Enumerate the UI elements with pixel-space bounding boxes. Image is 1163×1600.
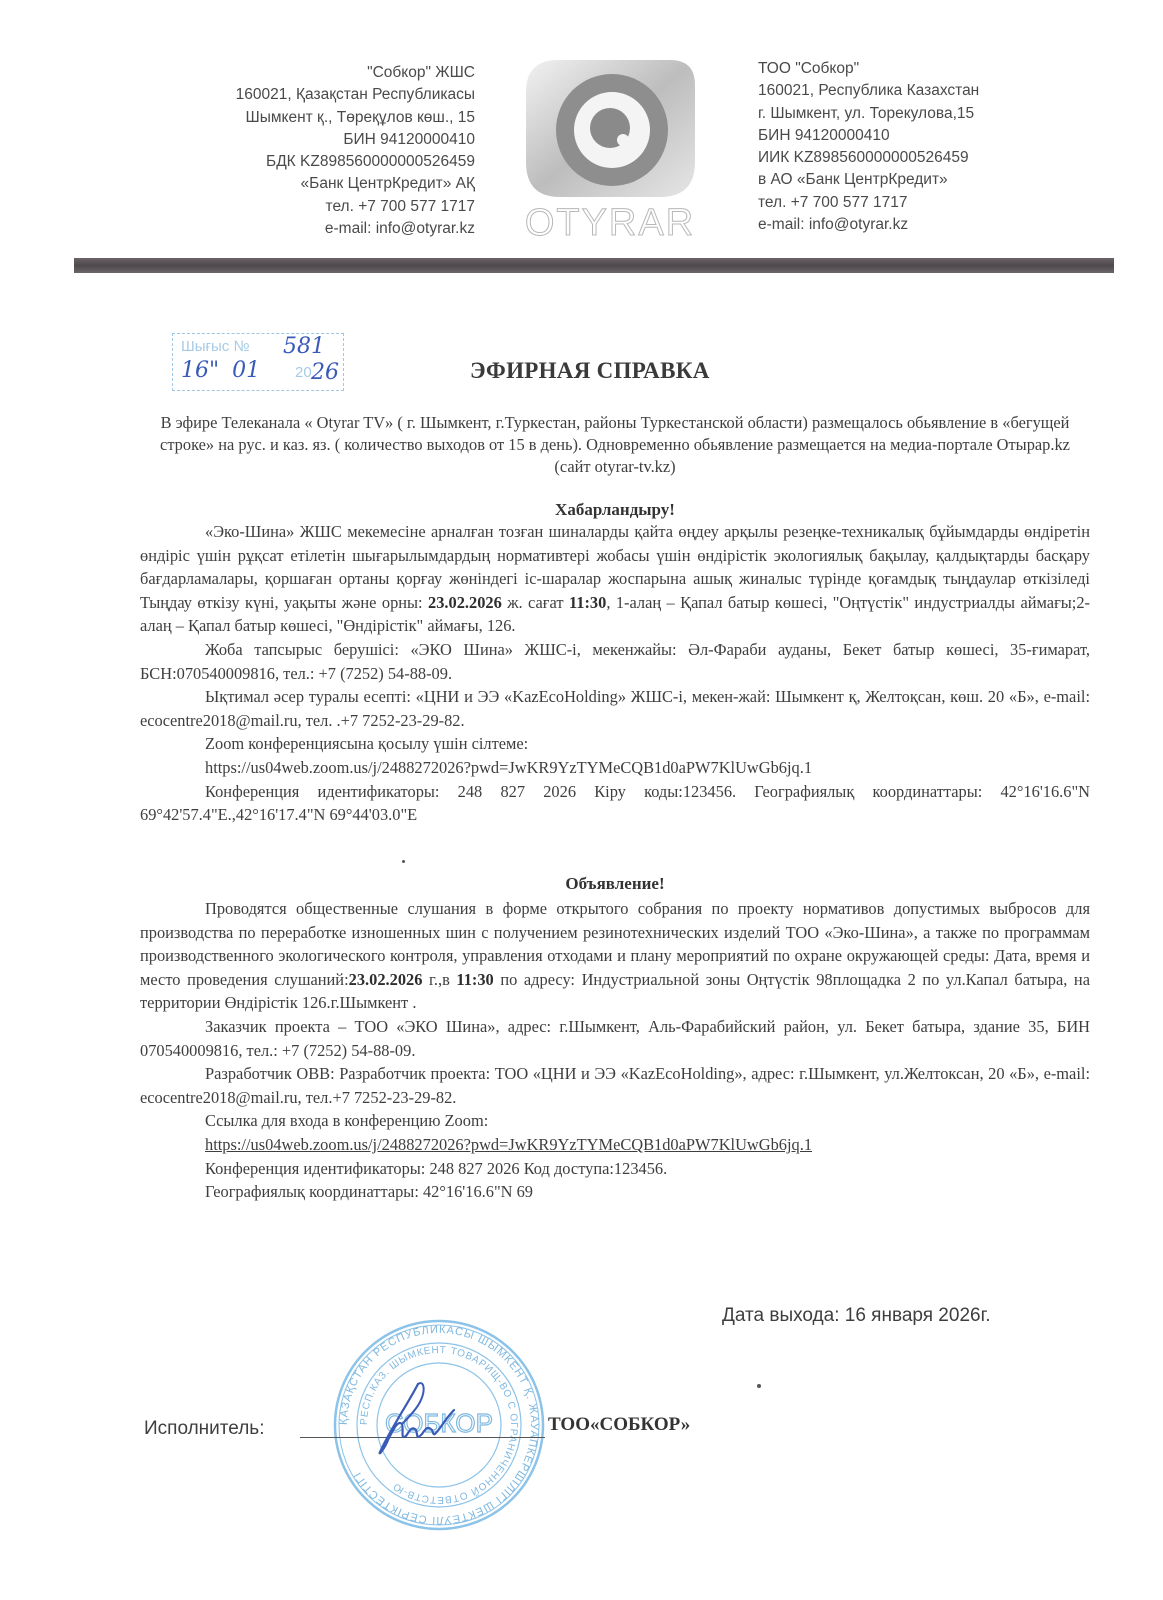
stamp-number: 581 — [283, 334, 325, 359]
ru-paragraph-developer: Разработчик ОВВ: Разработчик проекта: ТО… — [140, 1062, 1090, 1109]
stamp-date: 16" 01 — [181, 358, 260, 383]
letterhead-kz: "Собкор" ЖШС 160021, Қазақстан Республик… — [140, 62, 475, 240]
executor-label: Исполнитель: — [144, 1418, 264, 1440]
hearing-time: 11:30 — [569, 593, 606, 612]
ru-paragraph-conference: Конференция идентификаторы: 248 827 2026… — [140, 1157, 1090, 1181]
letterhead-kz-line: 160021, Қазақстан Республикасы — [140, 84, 475, 106]
letterhead-kz-line: Шымкент қ., Төреқұлов көш., 15 — [140, 107, 475, 129]
letterhead-kz-line: БДК KZ898560000000526459 — [140, 151, 475, 173]
kz-heading: Хабарландыру! — [140, 500, 1090, 520]
stamp-label: Шығыс № — [181, 338, 250, 355]
letterhead-kz-line: «Банк ЦентрКредит» АҚ — [140, 173, 475, 195]
kz-zoom-link[interactable]: https://us04web.zoom.us/j/2488272026?pwd… — [140, 756, 1090, 780]
kz-paragraph-hearing: «Эко-Шина» ЖШС мекемесіне арналған тозға… — [140, 520, 1090, 638]
letterhead-ru-line: e-mail: info@otyrar.kz — [758, 214, 1078, 236]
hearing-date: 23.02.2026 — [349, 970, 423, 989]
letterhead-ru-line: ИИК KZ898560000000526459 — [758, 147, 1078, 169]
letterhead-ru: ТОО "Собкор" 160021, Республика Казахста… — [758, 58, 1078, 236]
registration-stamp: Шығыс № 581 16" 01 20 26 — [172, 333, 344, 391]
kz-paragraph-developer: Ықтимал әсер туралы есепті: «ЦНИ и ЭЭ «K… — [140, 685, 1090, 732]
ru-paragraph-coordinates: Географиялық координаттары: 42°16'16.6"N… — [140, 1180, 1090, 1204]
eye-camera-logo-icon — [520, 52, 700, 202]
stamp-year-suffix: 26 — [311, 360, 339, 385]
text: г.,в — [422, 970, 456, 989]
kz-paragraph-zoom-label: Zoom конференциясына қосылу үшін сілтеме… — [140, 732, 1090, 756]
letterhead-kz-line: тел. +7 700 577 1717 — [140, 196, 475, 218]
ru-paragraph-customer: Заказчик проекта – ТОО «ЭКО Шина», адрес… — [140, 1015, 1090, 1062]
executor-organization: ТОО«СОБКОР» — [548, 1414, 690, 1436]
letterhead-ru-line: 160021, Республика Казахстан — [758, 80, 1078, 102]
document-title: ЭФИРНАЯ СПРАВКА — [470, 358, 710, 384]
ru-paragraph-zoom-label: Ссылка для входа в конференцию Zoom: — [140, 1109, 1090, 1133]
hearing-date: 23.02.2026 — [428, 593, 502, 612]
signature — [350, 1380, 480, 1460]
stamp-year-prefix: 20 — [295, 364, 312, 381]
letterhead-ru-line: ТОО "Собкор" — [758, 58, 1078, 80]
letterhead-kz-line: БИН 94120000410 — [140, 129, 475, 151]
intro-paragraph: В эфире Телеканала « Otyrar TV» ( г. Шым… — [160, 412, 1070, 478]
ru-body: Проводятся общественные слушания в форме… — [140, 897, 1090, 1204]
ru-heading: Объявление! — [140, 874, 1090, 894]
letterhead-ru-line: в АО «Банк ЦентрКредит» — [758, 169, 1078, 191]
ru-zoom-link[interactable]: https://us04web.zoom.us/j/2488272026?pwd… — [140, 1133, 1090, 1157]
hearing-time: 11:30 — [456, 970, 493, 989]
letterhead-kz-line: e-mail: info@otyrar.kz — [140, 218, 475, 240]
letterhead-ru-line: БИН 94120000410 — [758, 125, 1078, 147]
kz-body: «Эко-Шина» ЖШС мекемесіне арналған тозға… — [140, 520, 1090, 827]
kz-paragraph-customer: Жоба тапсырыс берушісі: «ЭКО Шина» ЖШС-і… — [140, 638, 1090, 685]
letterhead-kz-line: "Собкор" ЖШС — [140, 62, 475, 84]
letterhead-divider — [74, 258, 1114, 273]
kz-paragraph-conference: Конференция идентификаторы: 248 827 2026… — [140, 780, 1090, 827]
text: ж. сағат — [502, 593, 569, 612]
letterhead-ru-line: тел. +7 700 577 1717 — [758, 192, 1078, 214]
speck — [402, 860, 405, 863]
letterhead-ru-line: г. Шымкент, ул. Торекулова,15 — [758, 103, 1078, 125]
release-date: Дата выхода: 16 января 2026г. — [722, 1305, 990, 1327]
ru-paragraph-hearing: Проводятся общественные слушания в форме… — [140, 897, 1090, 1015]
signature-icon — [350, 1380, 480, 1460]
speck — [757, 1384, 761, 1388]
otyrar-logo: OTYRAR — [520, 52, 700, 242]
logo-wordmark: OTYRAR — [520, 202, 700, 245]
